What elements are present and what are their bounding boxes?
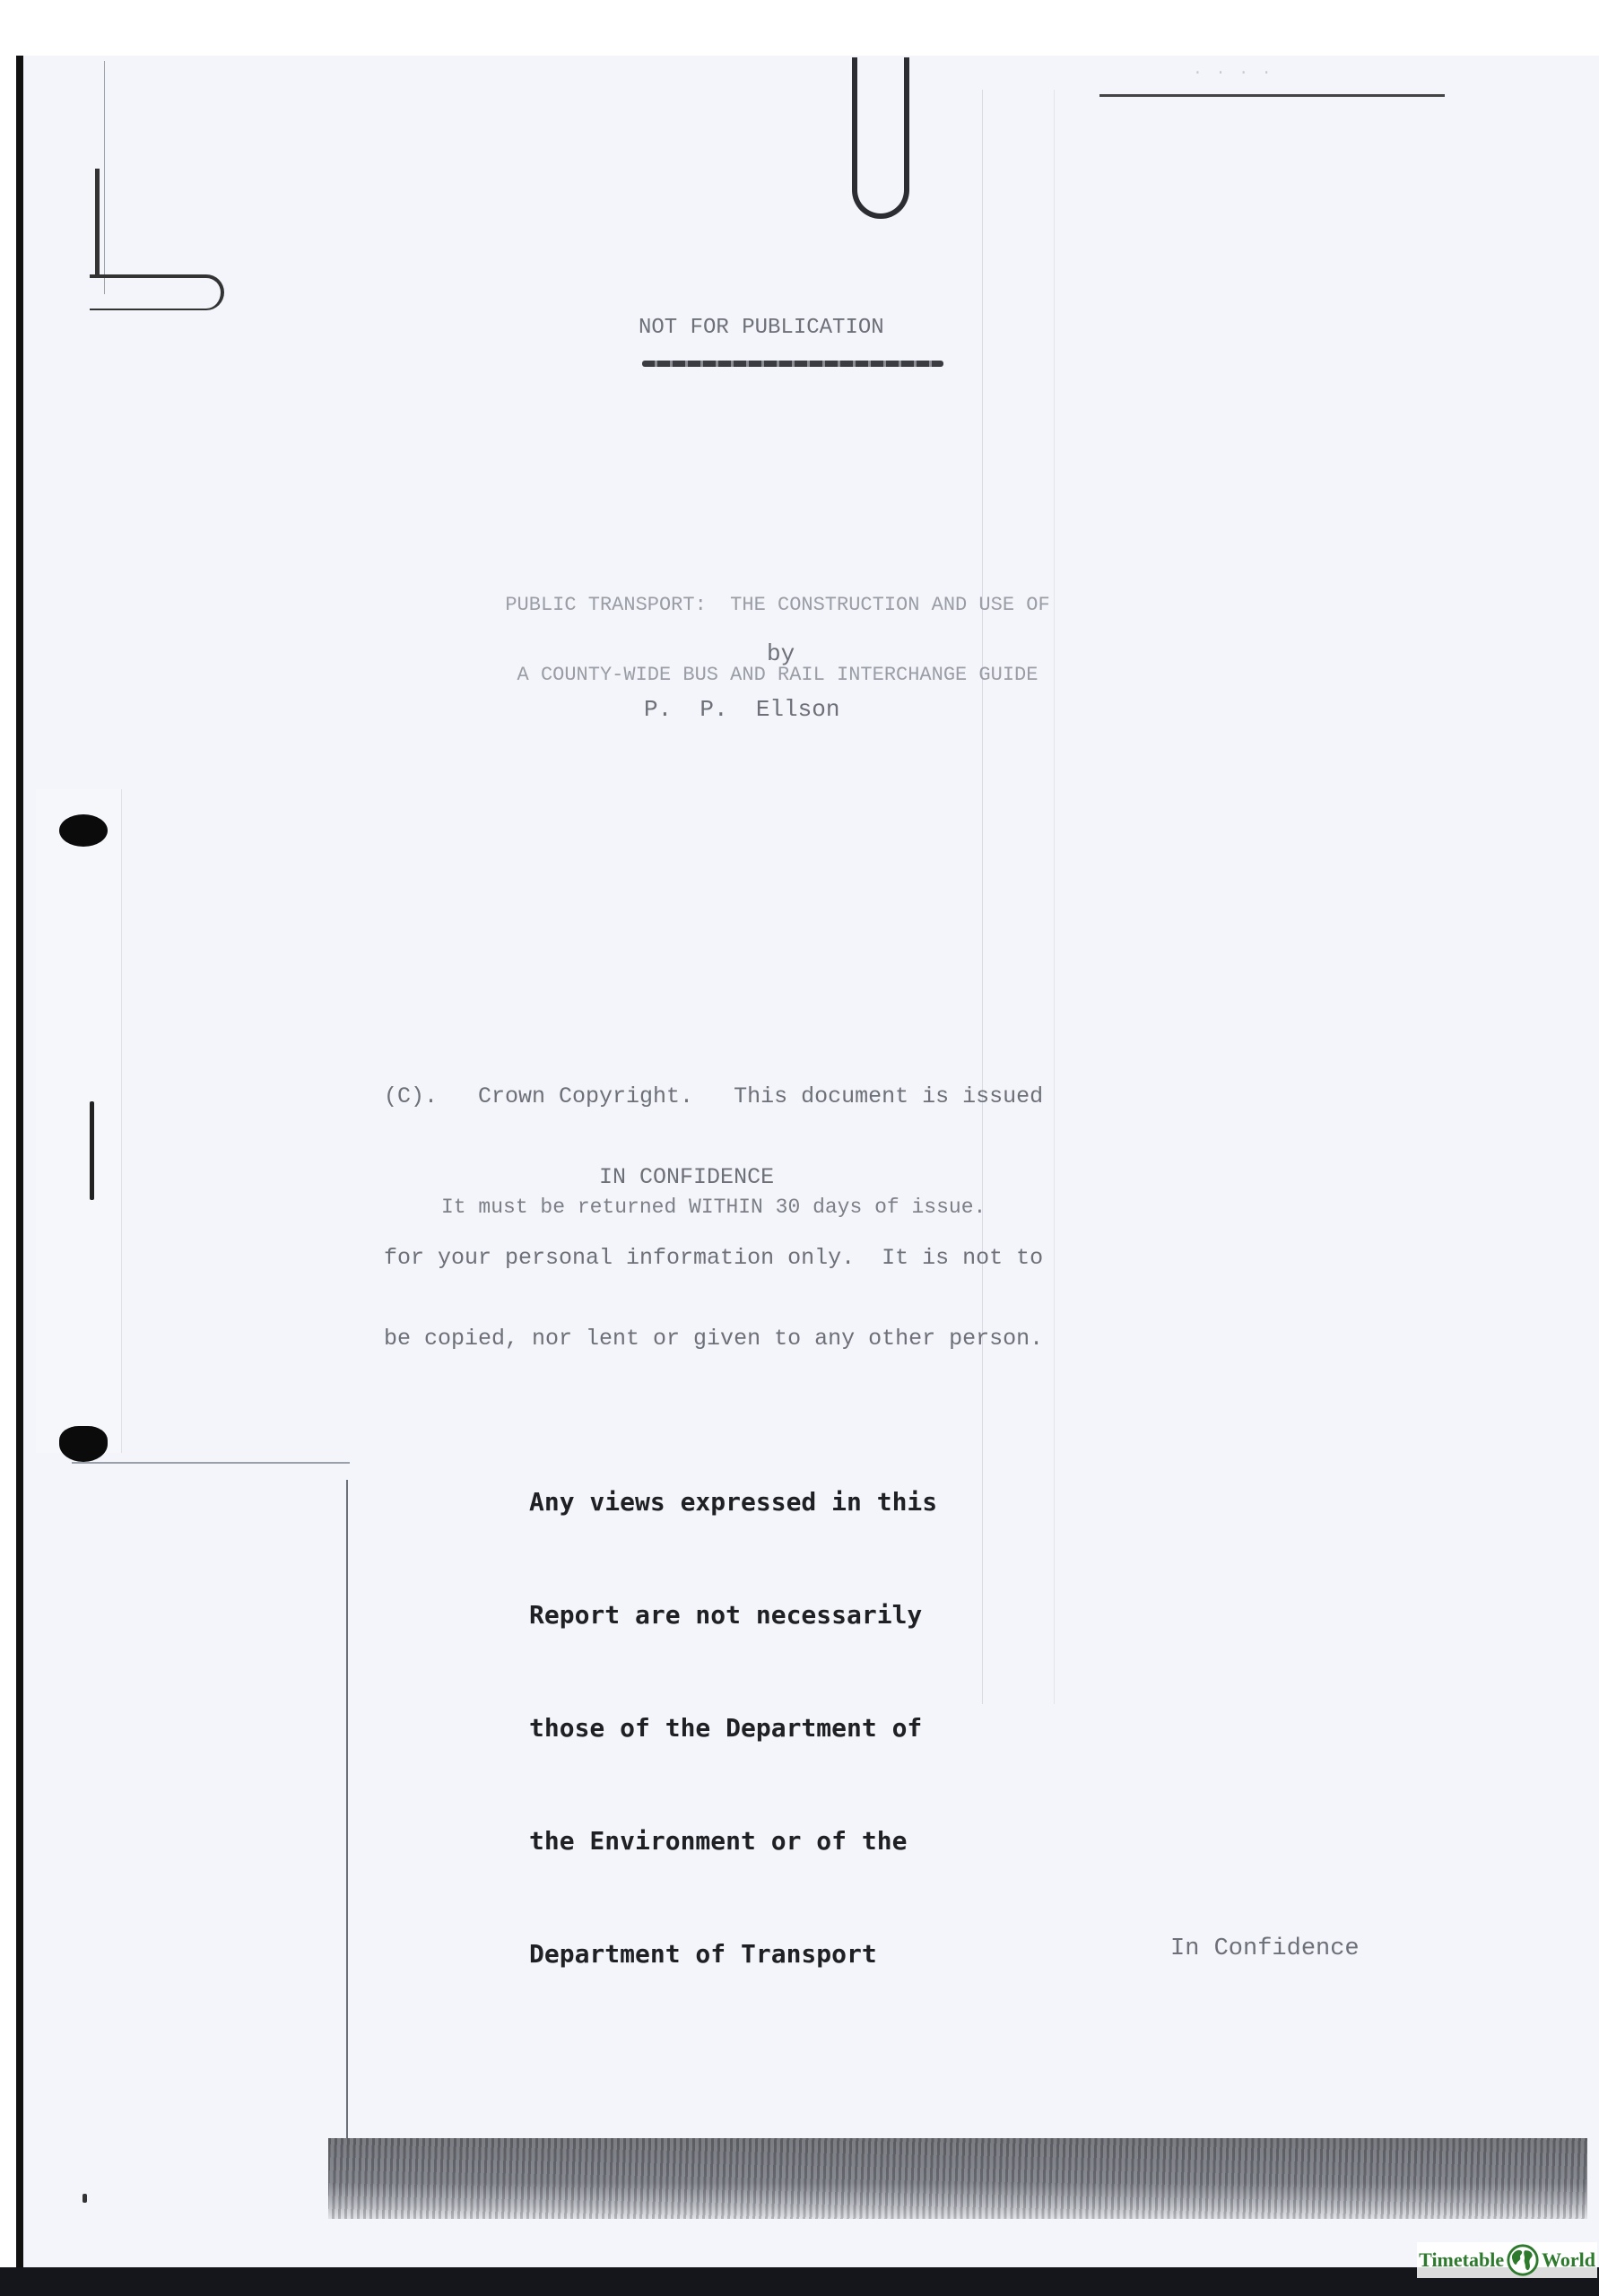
copyright-line-2: IN CONFIDENCE xyxy=(384,1164,1043,1191)
disclaimer-line-5: Department of Transport xyxy=(529,1935,937,1973)
header-stamp: NOT FOR PUBLICATION xyxy=(639,316,884,340)
faint-reference-text: · · · · xyxy=(1193,65,1273,83)
scan-bottom-edge xyxy=(0,2267,1599,2296)
footer-classification: In Confidence xyxy=(1170,1935,1360,1962)
paperclip-icon xyxy=(852,57,909,219)
staple-icon xyxy=(95,169,100,274)
staple-icon xyxy=(90,274,224,310)
margin-line xyxy=(104,61,105,294)
copyright-line-4: be copied, nor lent or given to any othe… xyxy=(384,1326,1043,1352)
lower-sheet-edge xyxy=(72,1462,350,1464)
binding-strip xyxy=(36,789,122,1453)
punch-hole-icon xyxy=(59,814,108,847)
reference-rule xyxy=(1099,94,1445,97)
disclaimer-line-2: Report are not necessarily xyxy=(529,1596,937,1634)
fold-line xyxy=(982,90,983,1704)
header-underline xyxy=(642,361,943,367)
binding-mark xyxy=(90,1101,94,1200)
photocopy-smear xyxy=(328,2138,1587,2219)
disclaimer-line-4: the Environment or of the xyxy=(529,1822,937,1860)
watermark-left-text: Timetable xyxy=(1419,2248,1504,2272)
return-notice: It must be returned WITHIN 30 days of is… xyxy=(441,1196,986,1219)
report-title: PUBLIC TRANSPORT: THE CONSTRUCTION AND U… xyxy=(387,547,1168,710)
author-name: P. P. Ellson xyxy=(644,696,839,723)
title-line-1: PUBLIC TRANSPORT: THE CONSTRUCTION AND U… xyxy=(387,594,1168,617)
scan-speck xyxy=(83,2194,87,2203)
lower-sheet-edge xyxy=(346,1480,348,2188)
scan-left-edge xyxy=(16,56,23,2271)
globe-icon xyxy=(1506,2243,1540,2277)
by-label: by xyxy=(767,640,795,667)
punch-hole-icon xyxy=(59,1426,108,1462)
disclaimer-line-3: those of the Department of xyxy=(529,1709,937,1747)
disclaimer-stamp: Any views expressed in this Report are n… xyxy=(529,1408,937,2011)
copyright-line-1: (C). Crown Copyright. This document is i… xyxy=(384,1083,1043,1110)
copyright-line-3: for your personal information only. It i… xyxy=(384,1245,1043,1272)
watermark-right-text: World xyxy=(1542,2248,1595,2272)
disclaimer-line-1: Any views expressed in this xyxy=(529,1483,937,1521)
fold-line xyxy=(1054,90,1055,1704)
watermark-logo: Timetable World xyxy=(1417,2242,1597,2278)
